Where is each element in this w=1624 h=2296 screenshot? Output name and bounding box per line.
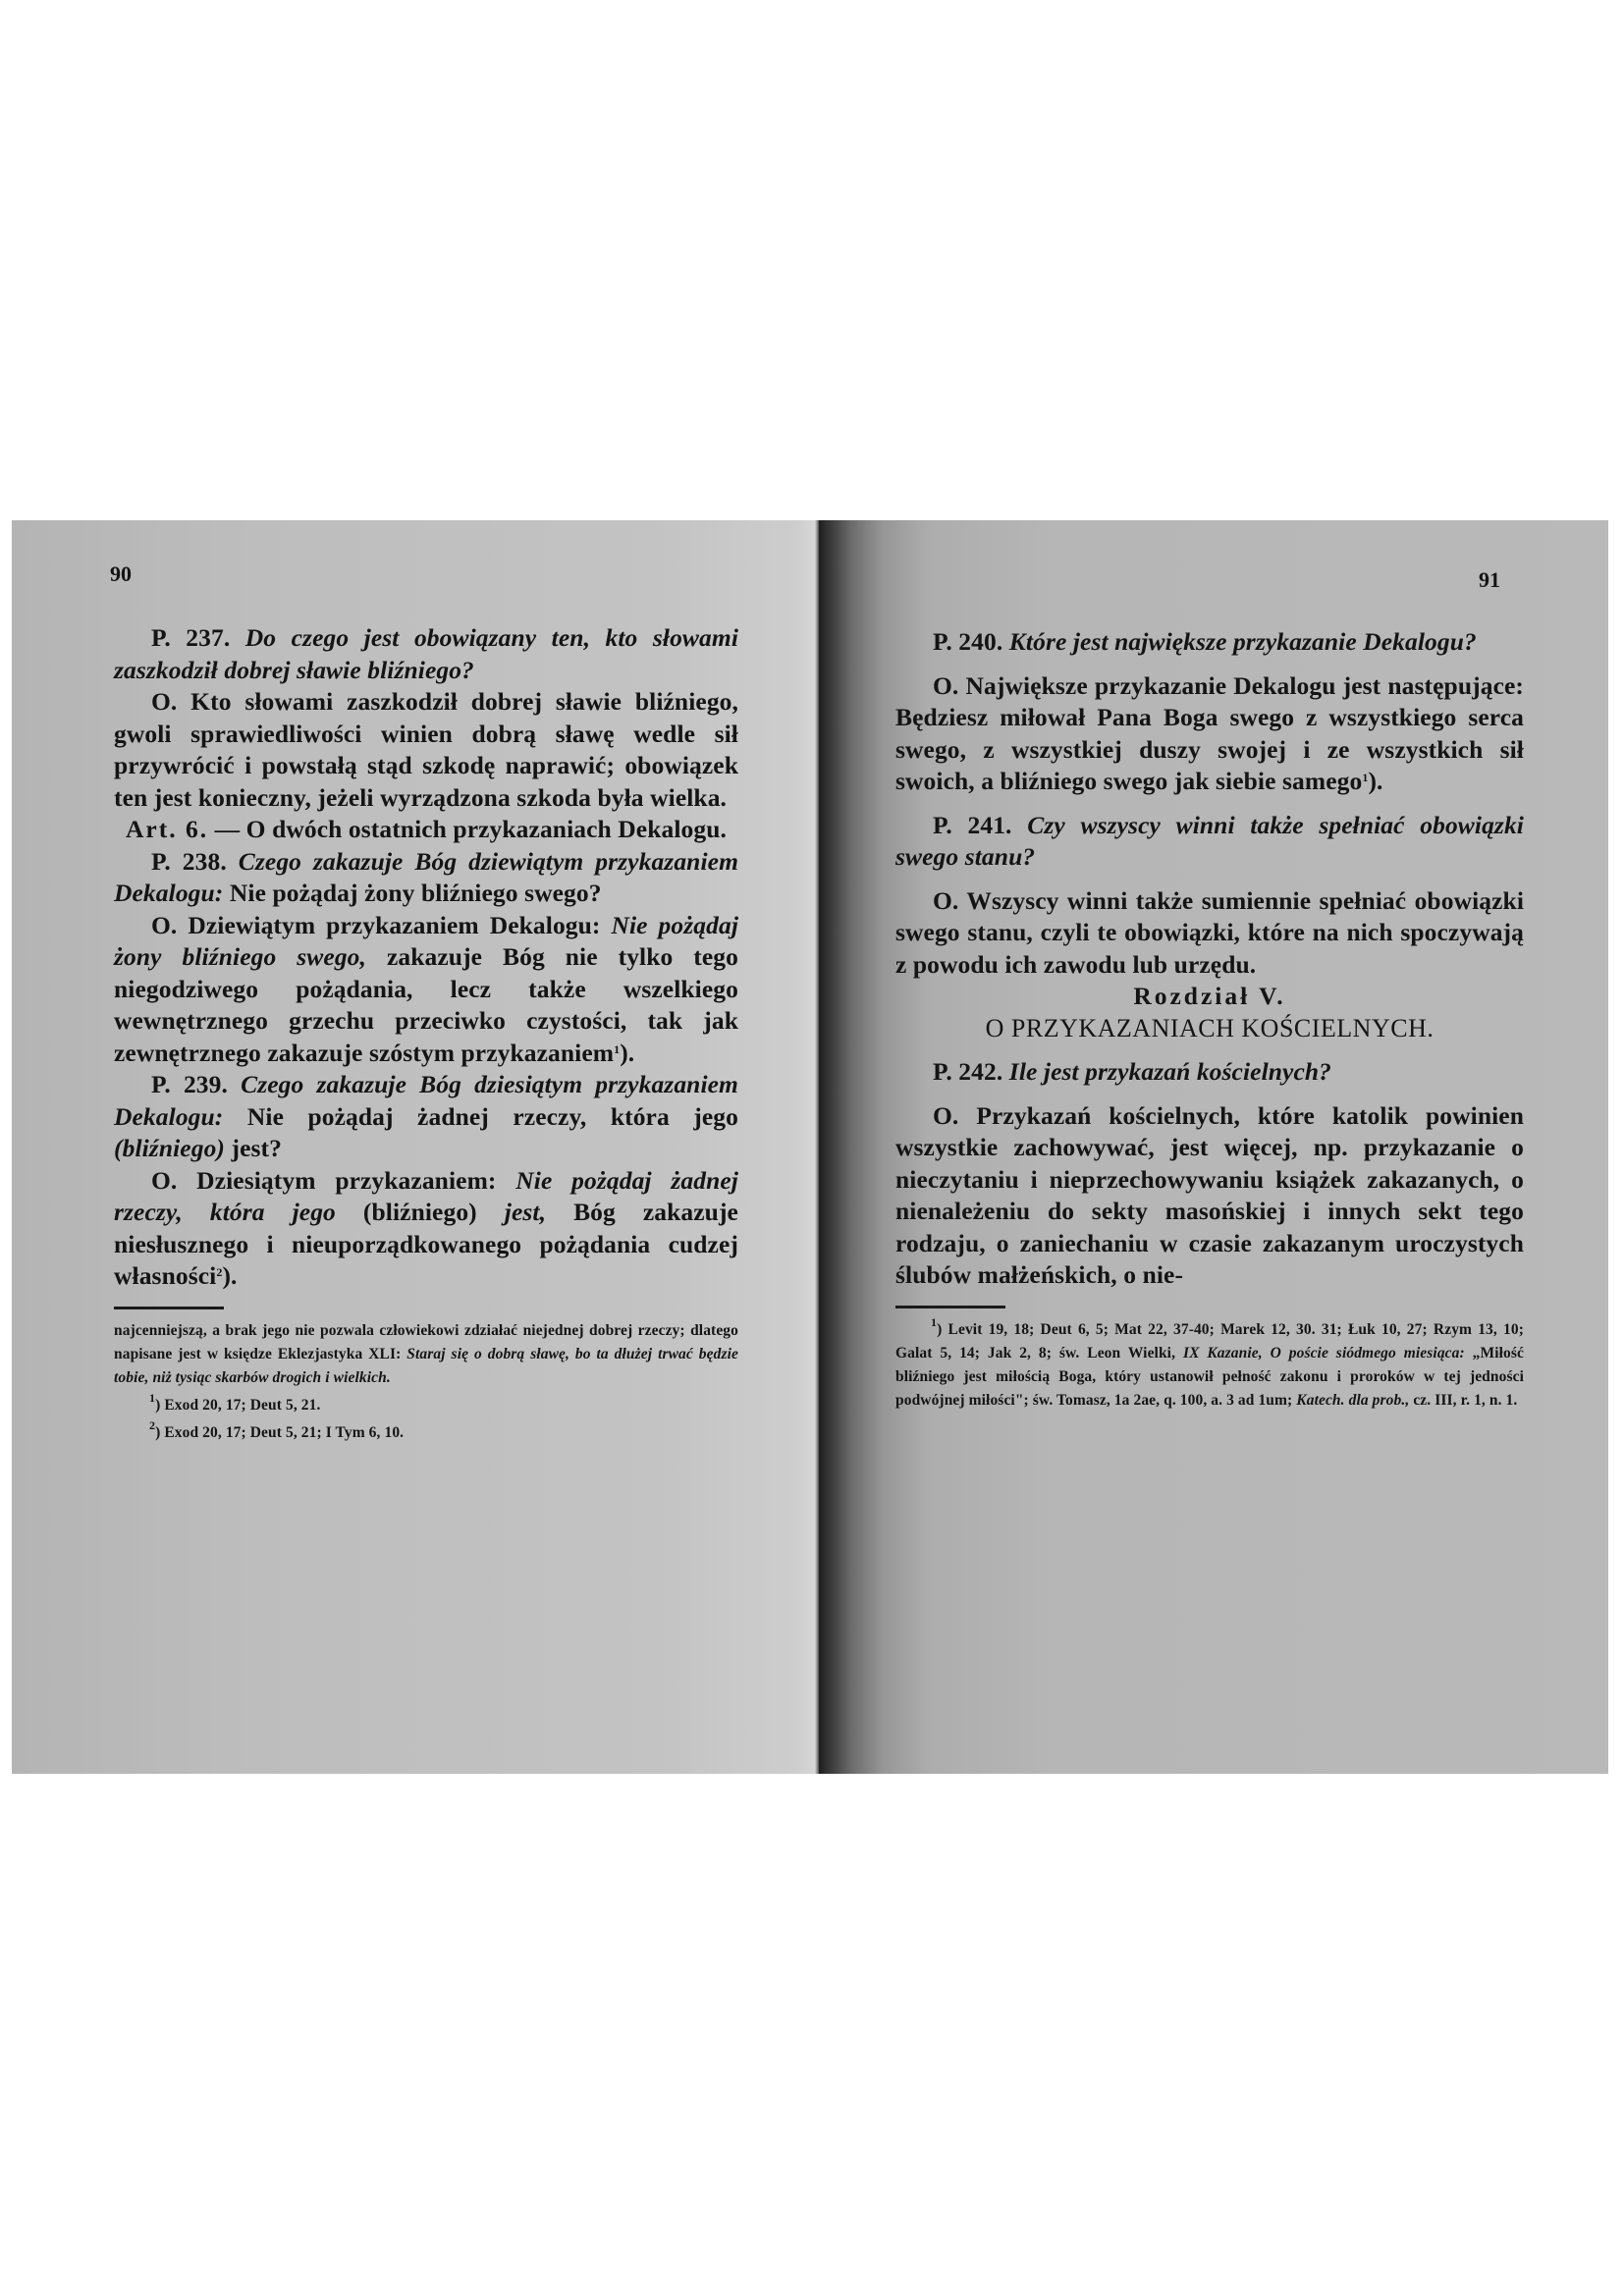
book-scan: 90 P. 237. Do czego jest obowiązany ten,… bbox=[12, 520, 1608, 1774]
answer-237: O. Kto słowami zaszkodził dobrej sławie … bbox=[114, 686, 738, 814]
page-number: 90 bbox=[110, 561, 132, 587]
question-241: P. 241. Czy wszyscy winni także spełniać… bbox=[895, 810, 1524, 874]
right-page: 91 P. 240. Które jest największe przykaz… bbox=[819, 520, 1608, 1774]
footnote-1: 1) Levit 19, 18; Deut 6, 5; Mat 22, 37-4… bbox=[895, 1318, 1524, 1413]
footnote-1: 1) Exod 20, 17; Deut 5, 21. bbox=[114, 1394, 738, 1417]
footnote-divider bbox=[114, 1307, 224, 1309]
answer-242: O. Przykazań kościelnych, które katolik … bbox=[895, 1100, 1524, 1292]
footnote-2: 2) Exod 20, 17; Deut 5, 21; I Tym 6, 10. bbox=[114, 1421, 738, 1445]
chapter-title: O PRZYKAZANIACH KOŚCIELNYCH. bbox=[895, 1013, 1524, 1045]
article-heading: Art. 6. — O dwóch ostatnich przykazaniac… bbox=[114, 814, 738, 846]
page-number: 91 bbox=[1479, 567, 1500, 593]
answer-239: O. Dziesiątym przykazaniem: Nie pożądaj … bbox=[114, 1165, 738, 1293]
answer-240: O. Największe przykazanie Dekalogu jest … bbox=[895, 670, 1524, 798]
footnotes: 1) Levit 19, 18; Deut 6, 5; Mat 22, 37-4… bbox=[895, 1318, 1524, 1413]
right-page-body: P. 240. Które jest największe przykazani… bbox=[895, 626, 1524, 1413]
chapter-label: Rozdział V. bbox=[895, 981, 1524, 1013]
question-242: P. 242. Ile jest przykazań kościelnych? bbox=[895, 1056, 1524, 1089]
question-239: P. 239. Czego zakazuje Bóg dziesiątym pr… bbox=[114, 1069, 738, 1165]
left-page: 90 P. 237. Do czego jest obowiązany ten,… bbox=[12, 520, 819, 1774]
footnote-continuation: najcenniejszą, a brak jego nie pozwala c… bbox=[114, 1319, 738, 1390]
footnote-divider bbox=[895, 1306, 1005, 1308]
footnotes: najcenniejszą, a brak jego nie pozwala c… bbox=[114, 1319, 738, 1445]
question-240: P. 240. Które jest największe przykazani… bbox=[895, 626, 1524, 659]
question-238: P. 238. Czego zakazuje Bóg dziewiątym pr… bbox=[114, 846, 738, 910]
question-237: P. 237. Do czego jest obowiązany ten, kt… bbox=[114, 622, 738, 686]
answer-241: O. Wszyscy winni także sumiennie spełnia… bbox=[895, 885, 1524, 982]
left-page-body: P. 237. Do czego jest obowiązany ten, kt… bbox=[114, 622, 738, 1445]
answer-238: O. Dziewiątym przykazaniem Dekalogu: Nie… bbox=[114, 910, 738, 1070]
